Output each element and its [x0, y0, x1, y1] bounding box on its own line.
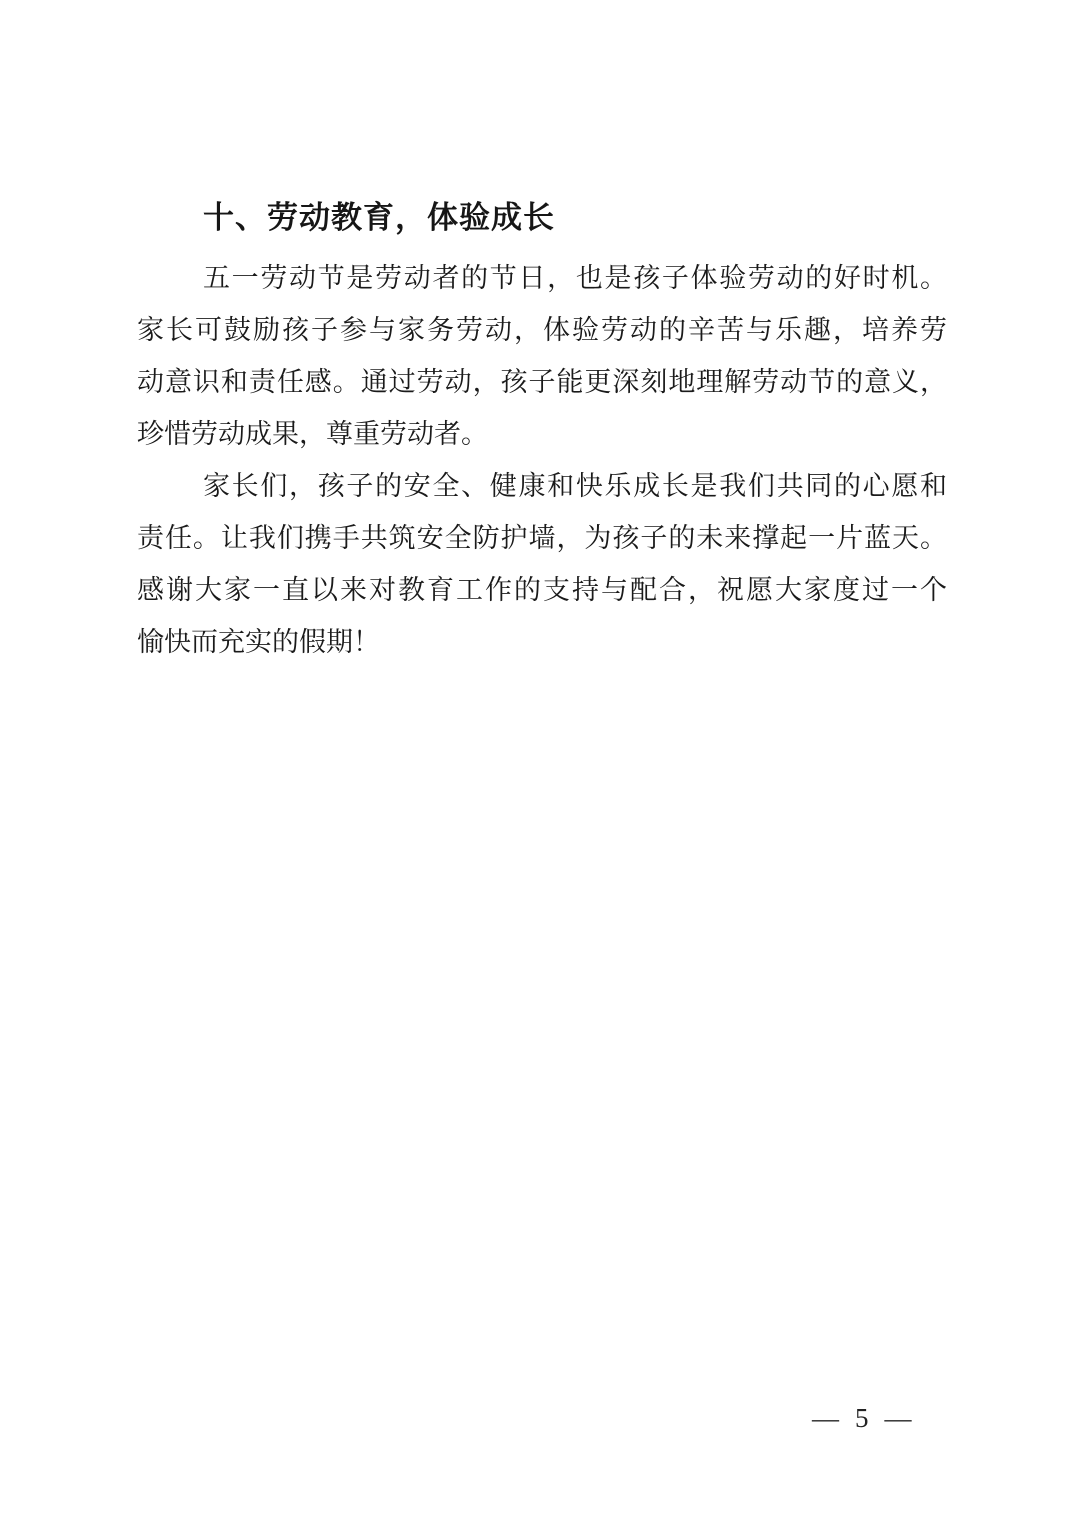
- paragraph-labor-education: 五一劳动节是劳动者的节日，也是孩子体验劳动的好时机。 家长可鼓励孩子参与家务劳动…: [137, 252, 947, 460]
- footer-left-dash: —: [812, 1403, 839, 1433]
- page-number: 5: [855, 1403, 869, 1433]
- paragraph-line: 动意识和责任感。通过劳动，孩子能更深刻地理解劳动节的意义，: [137, 356, 947, 408]
- section-heading: 十、劳动教育，体验成长: [137, 190, 947, 246]
- paragraph-line: 家长们，孩子的安全、健康和快乐成长是我们共同的心愿和: [137, 460, 947, 512]
- paragraph-line: 愉快而充实的假期！: [137, 616, 947, 668]
- paragraph-line: 责任。让我们携手共筑安全防护墙，为孩子的未来撑起一片蓝天。: [137, 512, 947, 564]
- paragraph-line: 家长可鼓励孩子参与家务劳动，体验劳动的辛苦与乐趣，培养劳: [137, 304, 947, 356]
- document-page: 十、劳动教育，体验成长 五一劳动节是劳动者的节日，也是孩子体验劳动的好时机。 家…: [0, 0, 1080, 1527]
- footer-right-dash: —: [885, 1403, 912, 1433]
- paragraph-closing-message: 家长们，孩子的安全、健康和快乐成长是我们共同的心愿和 责任。让我们携手共筑安全防…: [137, 460, 947, 668]
- page-number-footer: —5—: [812, 1398, 912, 1438]
- paragraph-line: 五一劳动节是劳动者的节日，也是孩子体验劳动的好时机。: [137, 252, 947, 304]
- paragraph-line: 感谢大家一直以来对教育工作的支持与配合，祝愿大家度过一个: [137, 564, 947, 616]
- paragraph-line: 珍惜劳动成果，尊重劳动者。: [137, 408, 947, 460]
- document-body: 十、劳动教育，体验成长 五一劳动节是劳动者的节日，也是孩子体验劳动的好时机。 家…: [137, 190, 947, 668]
